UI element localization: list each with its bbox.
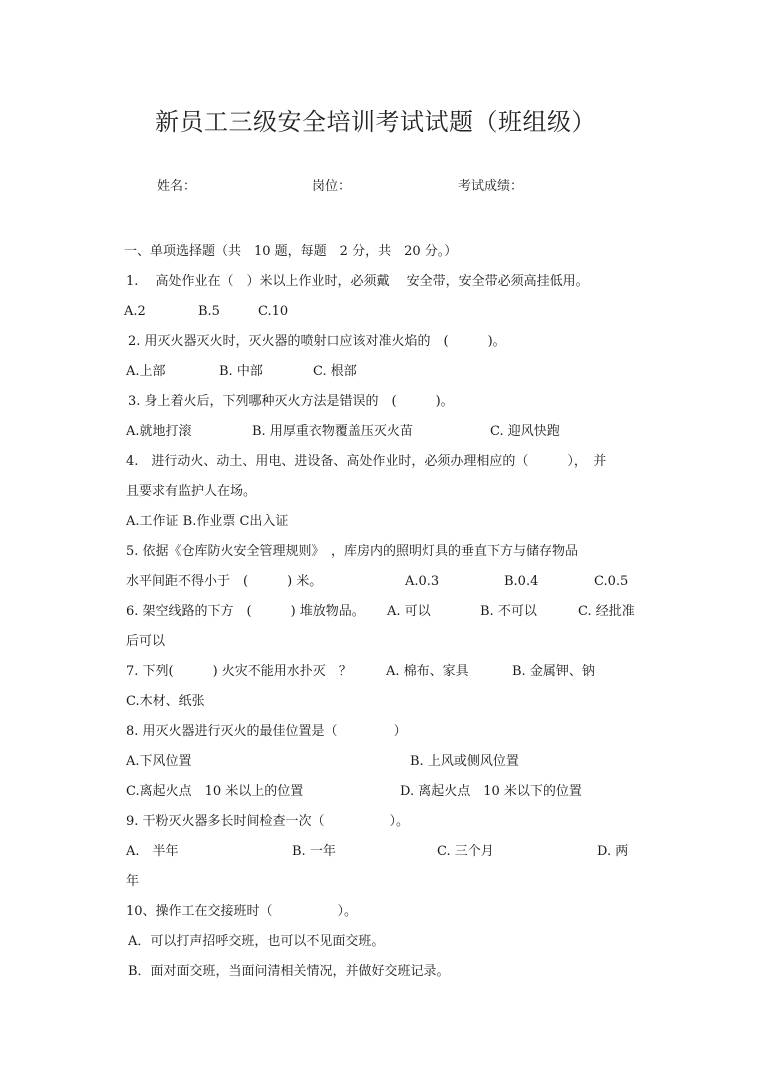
name-label: 姓名：: [157, 175, 196, 194]
q9-option-a: A. 半年: [126, 844, 179, 860]
question-3: 3. 身上着火后，下列哪种灭火方法是错误的 ( )。: [128, 394, 454, 410]
q3-option-a: A.就地打滚: [126, 424, 192, 440]
q8-option-d: D. 离起火点 10 米以下的位置: [400, 784, 582, 800]
section-heading: 一、单项选择题（共 10 题，每题 2 分，共 20 分。）: [124, 244, 457, 260]
q6-option-b: B. 不可以: [480, 604, 537, 620]
question-4-line-2: 且要求有监护人在场。: [126, 484, 256, 500]
q10-option-a: A．可以打声招呼交班，也可以不见面交班。: [128, 934, 384, 950]
q7-option-a: A. 棉布、家具: [386, 664, 469, 680]
q10-option-b: B．面对面交班，当面问清相关情况，并做好交班记录。: [128, 964, 450, 980]
question-5-line-2: 水平间距不得小于 ( ) 米。: [126, 574, 322, 590]
question-6: 6. 架空线路的下方 ( ) 堆放物品。: [126, 604, 365, 620]
q2-option-c: C. 根部: [313, 364, 357, 380]
question-5-line-1: 5. 依据《仓库防火安全管理规则》 ，库房内的照明灯具的垂直下方与储存物品: [126, 544, 578, 560]
q9-option-d-continuation: 年: [126, 874, 139, 890]
q2-option-b: B. 中部: [219, 364, 263, 380]
question-7: 7. 下列( ) 火灾不能用水扑灭 ？: [126, 664, 352, 680]
question-10: 10、操作工在交接班时（ ）。: [126, 904, 357, 920]
document-title: 新员工三级安全培训考试试题（班组级）: [155, 102, 596, 137]
question-4-line-1: 4. 进行动火、动土、用电、进设备、高处作业时，必须办理相应的（ ）， 并: [126, 454, 606, 470]
position-label: 岗位：: [312, 175, 351, 194]
question-9: 9. 干粉灭火器多长时间检查一次（ ）。: [126, 814, 409, 830]
q9-option-d: D. 两: [597, 844, 628, 860]
q9-option-b: B. 一年: [292, 844, 336, 860]
q1-option-c: C.10: [258, 304, 288, 320]
q5-option-b: B.0.4: [504, 574, 538, 590]
q8-option-a: A.下风位置: [126, 754, 192, 770]
q9-option-c: C. 三个月: [437, 844, 494, 860]
question-8: 8. 用灭火器进行灭火的最佳位置是（ ）: [126, 724, 407, 740]
q7-option-c: C.木材、纸张: [126, 694, 205, 710]
q1-option-b: B.5: [198, 304, 220, 320]
q7-option-b: B. 金属钾、钠: [512, 664, 595, 680]
question-1: 1. 高处作业在（ ）米以上作业时，必须戴 安全带，安全带必须高挂低用。: [126, 274, 589, 290]
q8-option-b: B. 上风或侧风位置: [410, 754, 519, 770]
score-label: 考试成绩：: [458, 175, 523, 194]
q6-option-c: C. 经批准: [578, 604, 635, 620]
q8-option-c: C.离起火点 10 米以上的位置: [126, 784, 303, 800]
question-2: 2. 用灭火器灭火时，灭火器的喷射口应该对准火焰的 ( )。: [128, 334, 506, 350]
q2-option-a: A.上部: [126, 364, 166, 380]
q5-option-a: A.0.3: [405, 574, 439, 590]
q4-options: A.工作证 B.作业票 C出入证: [126, 514, 288, 530]
q6-option-c-continuation: 后可以: [126, 634, 165, 650]
q1-option-a: A.2: [124, 304, 146, 320]
q3-option-b: B. 用厚重衣物覆盖压灭火苗: [252, 424, 413, 440]
exam-page: 新员工三级安全培训考试试题（班组级） 姓名： 岗位： 考试成绩： 一、单项选择题…: [0, 0, 763, 1080]
q5-option-c: C.0.5: [594, 574, 628, 590]
q6-option-a: A. 可以: [387, 604, 431, 620]
q3-option-c: C. 迎风快跑: [490, 424, 560, 440]
